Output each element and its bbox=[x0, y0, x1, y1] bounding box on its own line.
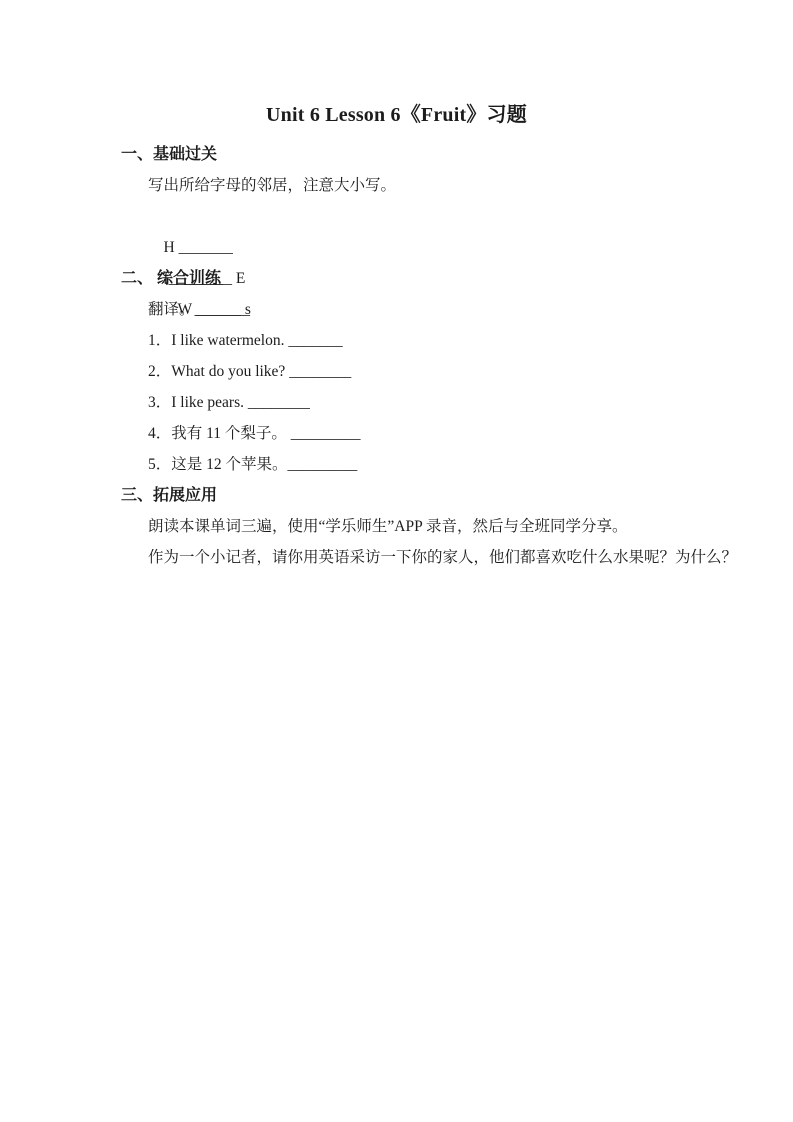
section-3-paragraph-1: 朗读本课单词三遍，使用“学乐师生”APP 录音，然后与全班同学分享。 bbox=[148, 511, 793, 542]
translation-item-3: 3．I like pears. ________ bbox=[148, 387, 793, 418]
translation-item-4: 4．我有 11 个梨子。 _________ bbox=[148, 418, 793, 449]
fill-blank-row-1: H _______ ______ E W _______ bbox=[148, 201, 793, 232]
blank-segment-h: H _______ bbox=[164, 232, 233, 263]
section-3-paragraph-2: 作为一个小记者，请你用英语采访一下你的家人，他们都喜欢吃什么水果呢？为什么？ bbox=[148, 542, 793, 573]
worksheet-page: Unit 6 Lesson 6《Fruit》习题 一、基础过关 写出所给字母的邻… bbox=[0, 0, 793, 1122]
translation-item-1: 1．I like watermelon. _______ bbox=[148, 325, 793, 356]
translation-item-5: 5．这是 12 个苹果。_________ bbox=[148, 449, 793, 480]
translation-item-2: 2．What do you like? ________ bbox=[148, 356, 793, 387]
section-1-instruction: 写出所给字母的邻居，注意大小写。 bbox=[148, 170, 793, 201]
section-1-heading: 一、基础过关 bbox=[121, 139, 793, 170]
fill-blank-row-2: f_______ ______ s bbox=[148, 232, 793, 263]
blank-segment-s: ______ s bbox=[195, 294, 251, 325]
page-title: Unit 6 Lesson 6《Fruit》习题 bbox=[0, 98, 793, 132]
section-3-heading: 三、拓展应用 bbox=[121, 480, 793, 511]
